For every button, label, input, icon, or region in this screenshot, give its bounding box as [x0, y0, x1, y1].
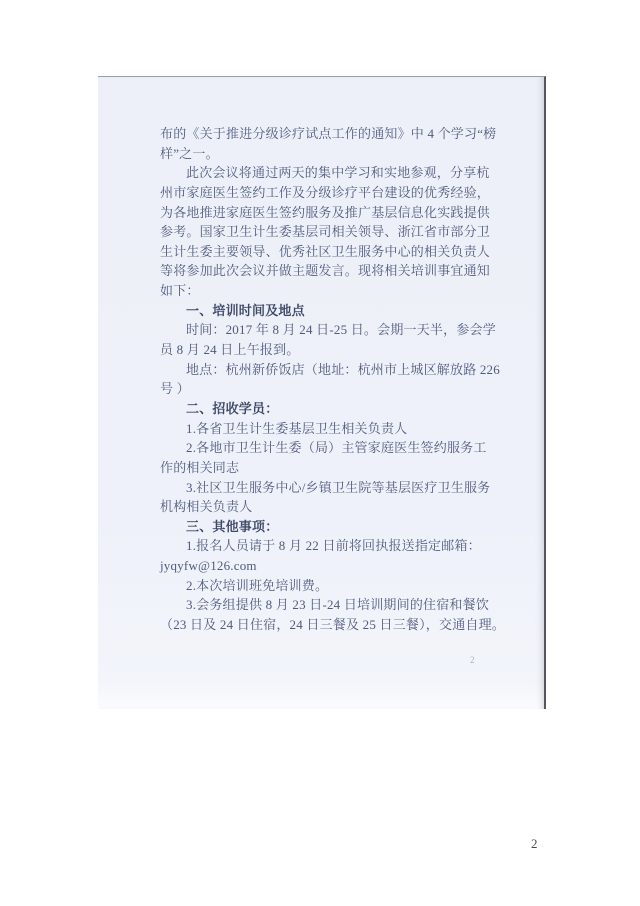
text-line: 地点：杭州新侨饭店（地址：杭州市上城区解放路 226: [160, 360, 496, 380]
text-line: 号 ）: [160, 379, 496, 399]
text-line: 机构相关负责人: [160, 497, 496, 517]
text-line: 3.会务组提供 8 月 23 日-24 日培训期间的住宿和餐饮: [160, 595, 496, 615]
text-line: 1.各省卫生计生委基层卫生相关负责人: [160, 419, 496, 439]
text-line: （23 日及 24 日住宿，24 日三餐及 25 日三餐），交通自理。: [160, 615, 496, 635]
text-line: 时间：2017 年 8 月 24 日-25 日。会期一天半，参会学: [160, 320, 496, 340]
text-line: 生计生委主要领导、优秀社区卫生服务中心的相关负责人: [160, 242, 496, 262]
text-line: 州市家庭医生签约工作及分级诊疗平台建设的优秀经验，: [160, 183, 496, 203]
heading-line: 二、招收学员：: [160, 399, 496, 419]
document-text: 布的《关于推进分级诊疗试点工作的通知》中 4 个学习“榜样”之一。此次会议将通过…: [160, 124, 496, 635]
text-line: 此次会议将通过两天的集中学习和实地参观，分享杭: [160, 163, 496, 183]
text-line: 3.社区卫生服务中心/乡镇卫生院等基层医疗卫生服务: [160, 478, 496, 498]
corner-page-number: 2: [531, 836, 538, 852]
text-line: 布的《关于推进分级诊疗试点工作的通知》中 4 个学习“榜: [160, 124, 496, 144]
text-line: 2.本次培训班免培训费。: [160, 576, 496, 596]
text-line: 2.各地市卫生计生委（局）主管家庭医生签约服务工: [160, 438, 496, 458]
heading-line: 一、培训时间及地点: [160, 301, 496, 321]
text-line: 参考。国家卫生计生委基层司相关领导、浙江省市部分卫: [160, 222, 496, 242]
text-line: 作的相关同志: [160, 458, 496, 478]
text-line: 样”之一。: [160, 144, 496, 164]
heading-line: 三、其他事项：: [160, 517, 496, 537]
text-line: 如下：: [160, 281, 496, 301]
text-line: 为各地推进家庭医生签约服务及推广基层信息化实践提供: [160, 203, 496, 223]
text-line: 员 8 月 24 日上午报到。: [160, 340, 496, 360]
text-line: 1.报名人员请于 8 月 22 日前将回执报送指定邮箱：: [160, 536, 496, 556]
text-line: jyqyfw@126.com: [160, 556, 496, 576]
screenshot-canvas: 布的《关于推进分级诊疗试点工作的通知》中 4 个学习“榜样”之一。此次会议将通过…: [0, 0, 640, 906]
text-line: 等将参加此次会议并做主题发言。现将相关培训事宜通知: [160, 261, 496, 281]
inner-page-number: 2: [470, 655, 475, 665]
scanned-document-page: 布的《关于推进分级诊疗试点工作的通知》中 4 个学习“榜样”之一。此次会议将通过…: [98, 76, 546, 709]
